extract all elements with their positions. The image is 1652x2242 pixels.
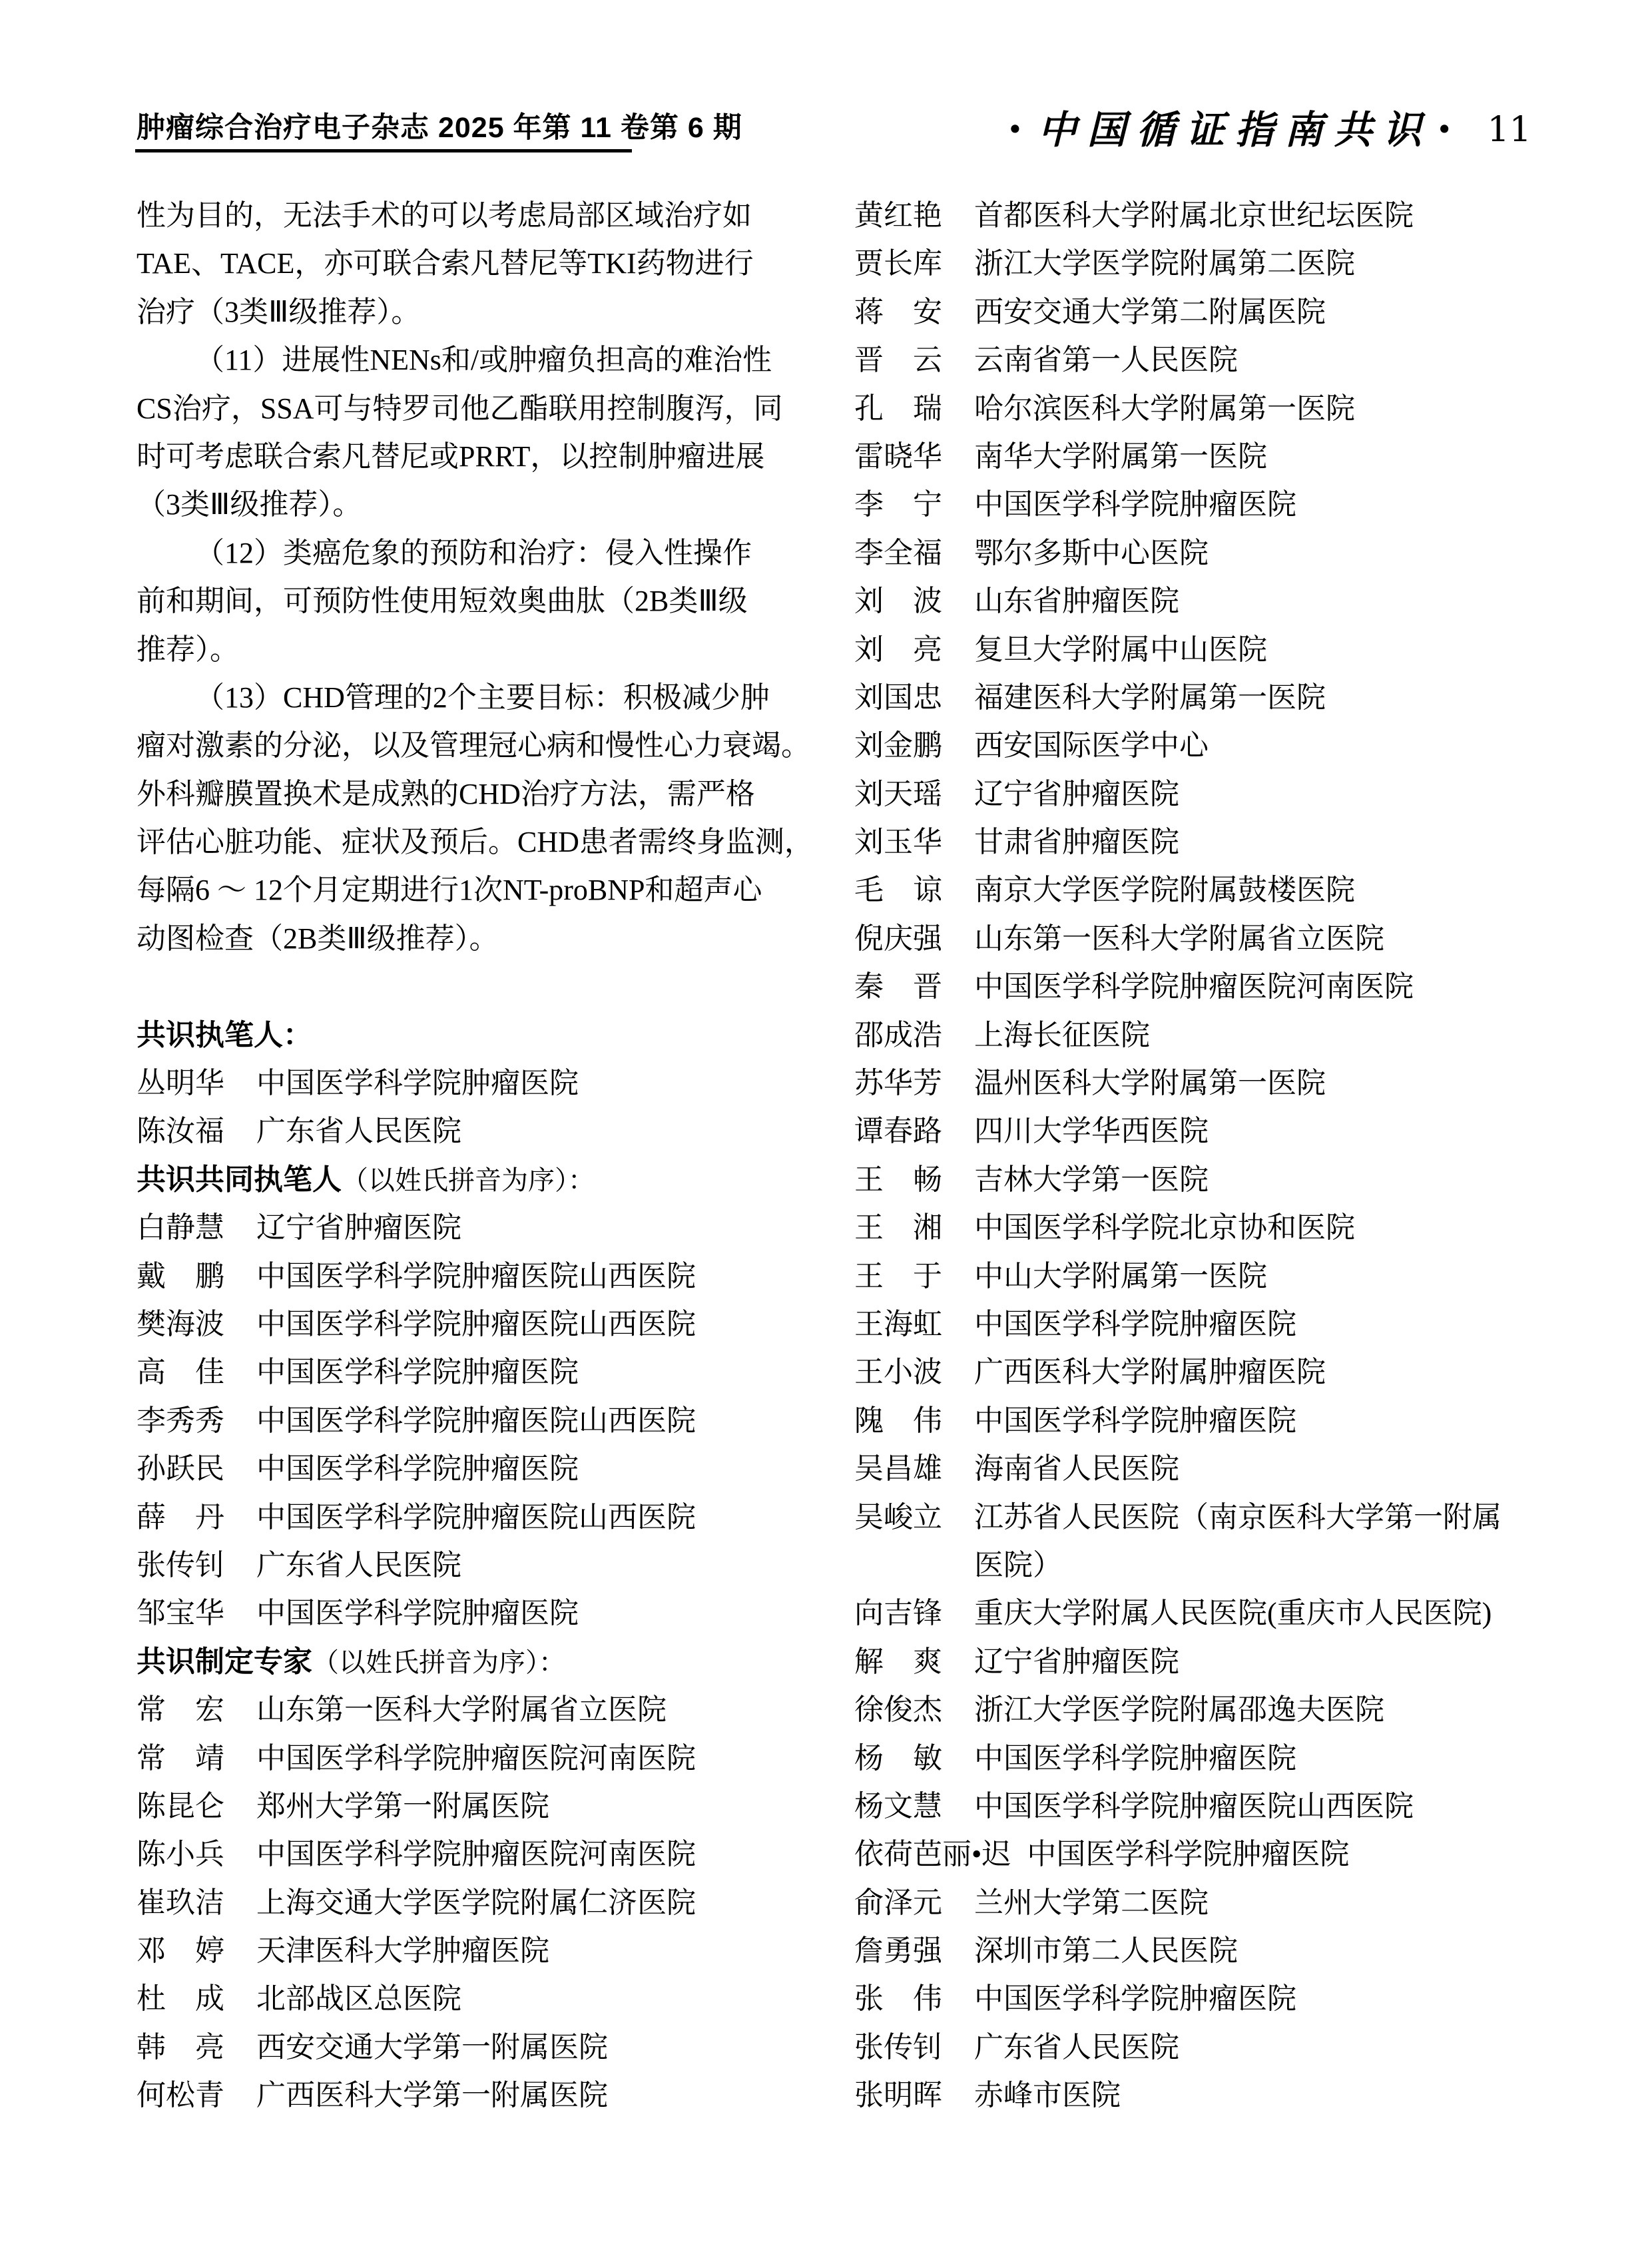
expert-name: 常 靖: [137, 1735, 224, 1783]
expert-name: 苏华芳: [854, 1059, 942, 1107]
expert-affiliation: 辽宁省肿瘤医院: [256, 1211, 461, 1244]
expert-affiliation: 中国医学科学院肿瘤医院: [974, 1742, 1296, 1775]
expert-name: 孔 瑞: [854, 385, 942, 433]
expert-row: 韩 亮西安交通大学第一附属医院: [137, 2024, 816, 2072]
expert-row: 雷晓华南华大学附属第一医院: [854, 433, 1587, 481]
expert-row: 王小波广西医科大学附属肿瘤医院: [854, 1348, 1587, 1396]
expert-row: 刘玉华甘肃省肿瘤医院: [854, 818, 1587, 866]
expert-row: 常 宏山东第一医科大学附属省立医院: [137, 1686, 816, 1734]
expert-row: 李 宁中国医学科学院肿瘤医院: [854, 481, 1587, 529]
paragraph-line: 评估心脏功能、症状及预后。CHD患者需终身监测，: [137, 818, 816, 866]
expert-affiliation: 中山大学附属第一医院: [974, 1260, 1267, 1292]
expert-name: 俞泽元: [854, 1879, 942, 1927]
blank-line: [137, 963, 816, 1011]
left-column: 性为目的，无法手术的可以考虑局部区域治疗如TAE、TACE，亦可联合索凡替尼等T…: [137, 192, 816, 2120]
expert-affiliation: 中国医学科学院肿瘤医院山西医院: [256, 1260, 696, 1292]
expert-affiliation: 云南省第一人民医院: [974, 344, 1238, 376]
expert-affiliation: 南华大学附属第一医院: [974, 440, 1267, 473]
expert-row: 吴峻立江苏省人民医院（南京医科大学第一附属: [854, 1494, 1587, 1541]
paragraph-line: （3类Ⅲ级推荐）。: [137, 481, 816, 529]
expert-name: 谭春路: [854, 1107, 942, 1155]
expert-row: 解 爽辽宁省肿瘤医院: [854, 1638, 1587, 1686]
expert-row: 蒋 安西安交通大学第二附属医院: [854, 288, 1587, 336]
expert-name: 王 畅: [854, 1156, 942, 1204]
paragraph-line: 推荐）。: [137, 626, 816, 674]
paragraph-line: 动图检查（2B类Ⅲ级推荐）。: [137, 915, 816, 963]
expert-name: 刘 波: [854, 577, 942, 625]
expert-row: 刘国忠福建医科大学附属第一医院: [854, 674, 1587, 722]
expert-row: 刘 波山东省肿瘤医院: [854, 577, 1587, 625]
expert-name: 高 佳: [137, 1348, 224, 1396]
expert-affiliation: 兰州大学第二医院: [974, 1886, 1209, 1919]
expert-name: 王小波: [854, 1348, 942, 1396]
expert-affiliation: 山东省肿瘤医院: [974, 585, 1179, 617]
expert-row: 杨文慧中国医学科学院肿瘤医院山西医院: [854, 1783, 1587, 1830]
expert-affiliation: 温州医科大学附属第一医院: [974, 1067, 1326, 1099]
expert-row: 詹勇强深圳市第二人民医院: [854, 1927, 1587, 1975]
expert-name: 杨 敏: [854, 1735, 942, 1783]
section-heading-title: 共识执笔人：: [137, 1019, 312, 1051]
expert-row: 戴 鹏中国医学科学院肿瘤医院山西医院: [137, 1253, 816, 1300]
section-heading-note: （以姓氏拼音为序）：: [312, 1647, 565, 1677]
expert-affiliation: 首都医科大学附属北京世纪坛医院: [974, 199, 1414, 232]
expert-name: 薛 丹: [137, 1494, 224, 1541]
expert-affiliation: 深圳市第二人民医院: [974, 1934, 1238, 1967]
expert-affiliation: 广西医科大学第一附属医院: [256, 2079, 608, 2111]
expert-row: 李秀秀中国医学科学院肿瘤医院山西医院: [137, 1397, 816, 1445]
expert-name: 徐俊杰: [854, 1686, 942, 1734]
expert-name: 黄红艳: [854, 192, 942, 240]
expert-affiliation: 广东省人民医院: [256, 1549, 461, 1581]
expert-row: 晋 云云南省第一人民医院: [854, 336, 1587, 384]
section-heading: 共识制定专家（以姓氏拼音为序）：: [137, 1638, 816, 1686]
header-rule: [135, 149, 632, 152]
expert-name: 何松青: [137, 2072, 224, 2119]
expert-name: 李 宁: [854, 481, 942, 529]
expert-row: 何松青广西医科大学第一附属医院: [137, 2072, 816, 2119]
expert-row: 白静慧辽宁省肿瘤医院: [137, 1204, 816, 1252]
expert-affiliation: 中国医学科学院肿瘤医院: [974, 1404, 1296, 1437]
expert-name: 解 爽: [854, 1638, 942, 1686]
expert-row: 黄红艳首都医科大学附属北京世纪坛医院: [854, 192, 1587, 240]
expert-row: 向吉锋重庆大学附属人民医院(重庆市人民医院): [854, 1589, 1587, 1637]
expert-affiliation: 四川大学华西医院: [974, 1115, 1209, 1147]
expert-row: 刘金鹏西安国际医学中心: [854, 722, 1587, 770]
expert-row: 秦 晋中国医学科学院肿瘤医院河南医院: [854, 963, 1587, 1011]
expert-name: 白静慧: [137, 1204, 224, 1252]
expert-affiliation: 天津医科大学肿瘤医院: [256, 1934, 549, 1967]
journal-page: 肿瘤综合治疗电子杂志 2025 年第 11 卷第 6 期 • 中国循证指南共识 …: [0, 0, 1652, 2242]
section-heading: 共识执笔人：: [137, 1011, 816, 1059]
expert-affiliation: 中国医学科学院肿瘤医院河南医院: [974, 970, 1414, 1003]
expert-name: 张 伟: [854, 1975, 942, 2023]
paragraph-line: 外科瓣膜置换术是成熟的CHD治疗方法，需严格: [137, 770, 816, 818]
expert-affiliation: 中国医学科学院肿瘤医院: [256, 1452, 579, 1485]
expert-row: 张传钊广东省人民医院: [854, 2024, 1587, 2072]
expert-name: 丛明华: [137, 1059, 224, 1107]
expert-affiliation: 江苏省人民医院（南京医科大学第一附属: [974, 1501, 1502, 1534]
expert-affiliation: 甘肃省肿瘤医院: [974, 826, 1179, 858]
expert-affiliation: 中国医学科学院肿瘤医院山西医院: [256, 1404, 696, 1437]
expert-name: 秦 晋: [854, 963, 942, 1011]
expert-name: 向吉锋: [854, 1589, 942, 1637]
paragraph-line: （12）类癌危象的预防和治疗：侵入性操作: [137, 529, 816, 577]
expert-affiliation: 哈尔滨医科大学附属第一医院: [974, 392, 1355, 425]
expert-row: 王 畅吉林大学第一医院: [854, 1156, 1587, 1204]
expert-name: 刘 亮: [854, 626, 942, 674]
expert-affiliation: 山东第一医科大学附属省立医院: [256, 1693, 667, 1726]
expert-affiliation: 西安交通大学第一附属医院: [256, 2031, 608, 2064]
expert-affiliation: 西安交通大学第二附属医院: [974, 296, 1326, 328]
section-heading: 共识共同执笔人（以姓氏拼音为序）：: [137, 1156, 816, 1204]
expert-name: 雷晓华: [854, 433, 942, 481]
expert-row: 谭春路四川大学华西医院: [854, 1107, 1587, 1155]
expert-name: 詹勇强: [854, 1927, 942, 1975]
expert-affiliation: 中国医学科学院肿瘤医院: [974, 488, 1296, 521]
expert-name: 刘天瑶: [854, 770, 942, 818]
expert-name: 杨文慧: [854, 1783, 942, 1830]
expert-row: 崔玖洁上海交通大学医学院附属仁济医院: [137, 1879, 816, 1927]
expert-row: 邓 婷天津医科大学肿瘤医院: [137, 1927, 816, 1975]
section-heading-note: （以姓氏拼音为序）：: [342, 1165, 595, 1195]
expert-row: 邹宝华中国医学科学院肿瘤医院: [137, 1589, 816, 1637]
expert-affiliation: 西安国际医学中心: [974, 729, 1209, 762]
expert-affiliation: 中国医学科学院肿瘤医院: [256, 1067, 579, 1099]
expert-row: 陈汝福广东省人民医院: [137, 1107, 816, 1155]
expert-name: 崔玖洁: [137, 1879, 224, 1927]
expert-name: 邵成浩: [854, 1011, 942, 1059]
expert-name: 王 湘: [854, 1204, 942, 1252]
section-heading-title: 共识制定专家: [137, 1645, 312, 1678]
expert-row: 刘天瑶辽宁省肿瘤医院: [854, 770, 1587, 818]
expert-name: 邹宝华: [137, 1589, 224, 1637]
section-title: 中国循证指南共识: [1038, 111, 1432, 149]
expert-row: 杜 成北部战区总医院: [137, 1975, 816, 2023]
expert-name: 刘玉华: [854, 818, 942, 866]
paragraph-line: （11）进展性NENs和/或肿瘤负担高的难治性: [137, 336, 816, 384]
page-number: 11: [1488, 113, 1531, 147]
paragraph-line: 瘤对激素的分泌，以及管理冠心病和慢性心力衰竭。: [137, 722, 816, 770]
expert-affiliation: 中国医学科学院肿瘤医院山西医院: [974, 1790, 1414, 1822]
expert-name: 韩 亮: [137, 2024, 224, 2072]
expert-affiliation: 中国医学科学院肿瘤医院河南医院: [256, 1838, 696, 1870]
expert-row: 高 佳中国医学科学院肿瘤医院: [137, 1348, 816, 1396]
expert-name: 倪庆强: [854, 915, 942, 963]
paragraph-line: 时可考虑联合索凡替尼或PRRT，以控制肿瘤进展: [137, 433, 816, 481]
expert-row: 李全福鄂尔多斯中心医院: [854, 529, 1587, 577]
journal-issue-header: 肿瘤综合治疗电子杂志 2025 年第 11 卷第 6 期: [137, 105, 742, 146]
expert-affiliation: 辽宁省肿瘤医院: [974, 1645, 1179, 1678]
expert-affiliation: 辽宁省肿瘤医院: [974, 778, 1179, 810]
expert-row: 陈昆仑郑州大学第一附属医院: [137, 1783, 816, 1830]
expert-row: 王 于中山大学附属第一医院: [854, 1253, 1587, 1300]
expert-affiliation: 中国医学科学院肿瘤医院: [256, 1356, 579, 1388]
expert-row: 苏华芳温州医科大学附属第一医院: [854, 1059, 1587, 1107]
expert-name: 戴 鹏: [137, 1253, 224, 1300]
expert-name: 张明晖: [854, 2072, 942, 2119]
expert-row: 薛 丹中国医学科学院肿瘤医院山西医院: [137, 1494, 816, 1541]
expert-affiliation: 广东省人民医院: [974, 2031, 1179, 2064]
expert-affiliation-continuation: 医院）: [854, 1541, 1587, 1589]
expert-affiliation: 福建医科大学附属第一医院: [974, 681, 1326, 714]
expert-name: 陈汝福: [137, 1107, 224, 1155]
expert-name: 孙跃民: [137, 1445, 224, 1493]
expert-row: 孔 瑞哈尔滨医科大学附属第一医院: [854, 385, 1587, 433]
expert-row: 樊海波中国医学科学院肿瘤医院山西医院: [137, 1300, 816, 1348]
paragraph-line: 治疗（3类Ⅲ级推荐）。: [137, 288, 816, 336]
expert-affiliation: 中国医学科学院肿瘤医院: [974, 1308, 1296, 1340]
expert-affiliation: 浙江大学医学院附属邵逸夫医院: [974, 1693, 1384, 1726]
expert-affiliation: 广东省人民医院: [256, 1115, 461, 1147]
expert-affiliation: 中国医学科学院肿瘤医院: [974, 1982, 1296, 2015]
expert-row: 张 伟中国医学科学院肿瘤医院: [854, 1975, 1587, 2023]
paragraph-line: CS治疗，SSA可与特罗司他乙酯联用控制腹泻，同: [137, 385, 816, 433]
paragraph-line: 每隔6 ～ 12个月定期进行1次NT-proBNP和超声心: [137, 866, 816, 914]
expert-row: 陈小兵中国医学科学院肿瘤医院河南医院: [137, 1830, 816, 1878]
expert-name: 刘金鹏: [854, 722, 942, 770]
paragraph-line: （13）CHD管理的2个主要目标：积极减少肿: [137, 674, 816, 722]
expert-name: 常 宏: [137, 1686, 224, 1734]
expert-affiliation: 中国医学科学院肿瘤医院山西医院: [256, 1308, 696, 1340]
expert-row: 王海虹中国医学科学院肿瘤医院: [854, 1300, 1587, 1348]
expert-name: 李全福: [854, 529, 942, 577]
expert-row: 毛 谅南京大学医学院附属鼓楼医院: [854, 866, 1587, 914]
expert-name: 蒋 安: [854, 288, 942, 336]
expert-name: 贾长库: [854, 240, 942, 288]
expert-affiliation: 海南省人民医院: [974, 1452, 1179, 1485]
expert-name: 张传钊: [854, 2024, 942, 2072]
section-heading-title: 共识共同执笔人: [137, 1163, 342, 1196]
bullet-icon: •: [1436, 116, 1453, 144]
expert-affiliation: 中国医学科学院肿瘤医院河南医院: [256, 1742, 696, 1775]
expert-name: 毛 谅: [854, 866, 942, 914]
expert-name: 吴昌雄: [854, 1445, 942, 1493]
expert-affiliation: 上海长征医院: [974, 1019, 1150, 1051]
expert-name: 吴峻立: [854, 1494, 942, 1541]
expert-affiliation: 中国医学科学院肿瘤医院: [256, 1597, 579, 1629]
expert-row: 贾长库浙江大学医学院附属第二医院: [854, 240, 1587, 288]
expert-row: 丛明华中国医学科学院肿瘤医院: [137, 1059, 816, 1107]
expert-affiliation: 吉林大学第一医院: [974, 1163, 1209, 1196]
expert-name: 樊海波: [137, 1300, 224, 1348]
expert-row: 常 靖中国医学科学院肿瘤医院河南医院: [137, 1735, 816, 1783]
expert-row: 倪庆强山东第一医科大学附属省立医院: [854, 915, 1587, 963]
expert-row: 孙跃民中国医学科学院肿瘤医院: [137, 1445, 816, 1493]
expert-row: 俞泽元兰州大学第二医院: [854, 1879, 1587, 1927]
expert-name: 李秀秀: [137, 1397, 224, 1445]
expert-affiliation: 复旦大学附属中山医院: [974, 633, 1267, 666]
expert-name: 杜 成: [137, 1975, 224, 2023]
expert-affiliation: 广西医科大学附属肿瘤医院: [974, 1356, 1326, 1388]
expert-name: 依荷芭丽•迟: [854, 1830, 1011, 1878]
expert-affiliation: 浙江大学医学院附属第二医院: [974, 247, 1355, 280]
expert-affiliation: 山东第一医科大学附属省立医院: [974, 922, 1384, 955]
expert-name: 王 于: [854, 1253, 942, 1300]
expert-affiliation: 中国医学科学院肿瘤医院: [1027, 1838, 1349, 1870]
expert-row: 隗 伟中国医学科学院肿瘤医院: [854, 1397, 1587, 1445]
expert-row: 王 湘中国医学科学院北京协和医院: [854, 1204, 1587, 1252]
expert-row: 刘 亮复旦大学附属中山医院: [854, 626, 1587, 674]
expert-row: 杨 敏中国医学科学院肿瘤医院: [854, 1735, 1587, 1783]
expert-affiliation: 鄂尔多斯中心医院: [974, 537, 1209, 569]
expert-name: 隗 伟: [854, 1397, 942, 1445]
expert-name: 陈昆仑: [137, 1783, 224, 1830]
expert-name: 王海虹: [854, 1300, 942, 1348]
expert-name: 陈小兵: [137, 1830, 224, 1878]
expert-affiliation: 重庆大学附属人民医院(重庆市人民医院): [974, 1597, 1492, 1629]
expert-affiliation: 北部战区总医院: [256, 1982, 461, 2015]
expert-name: 刘国忠: [854, 674, 942, 722]
expert-affiliation: 上海交通大学医学院附属仁济医院: [256, 1886, 696, 1919]
expert-name: 张传钊: [137, 1541, 224, 1589]
section-header: • 中国循证指南共识 • 11: [1007, 101, 1531, 158]
expert-row: 张传钊广东省人民医院: [137, 1541, 816, 1589]
expert-row: 张明晖赤峰市医院: [854, 2072, 1587, 2119]
expert-affiliation: 赤峰市医院: [974, 2079, 1121, 2111]
bullet-icon: •: [1007, 116, 1023, 144]
expert-name: 邓 婷: [137, 1927, 224, 1975]
paragraph-line: TAE、TACE，亦可联合索凡替尼等TKI药物进行: [137, 240, 816, 288]
expert-affiliation: 中国医学科学院肿瘤医院山西医院: [256, 1501, 696, 1534]
expert-affiliation: 中国医学科学院北京协和医院: [974, 1211, 1355, 1244]
expert-name: 晋 云: [854, 336, 942, 384]
paragraph-line: 前和期间，可预防性使用短效奥曲肽（2B类Ⅲ级: [137, 577, 816, 625]
expert-row: 依荷芭丽•迟中国医学科学院肿瘤医院: [854, 1830, 1587, 1878]
expert-affiliation: 郑州大学第一附属医院: [256, 1790, 549, 1822]
expert-row: 吴昌雄海南省人民医院: [854, 1445, 1587, 1493]
paragraph-line: 性为目的，无法手术的可以考虑局部区域治疗如: [137, 192, 816, 240]
expert-row: 徐俊杰浙江大学医学院附属邵逸夫医院: [854, 1686, 1587, 1734]
right-column: 黄红艳首都医科大学附属北京世纪坛医院贾长库浙江大学医学院附属第二医院蒋 安西安交…: [854, 192, 1587, 2120]
expert-affiliation: 南京大学医学院附属鼓楼医院: [974, 874, 1355, 906]
expert-row: 邵成浩上海长征医院: [854, 1011, 1587, 1059]
